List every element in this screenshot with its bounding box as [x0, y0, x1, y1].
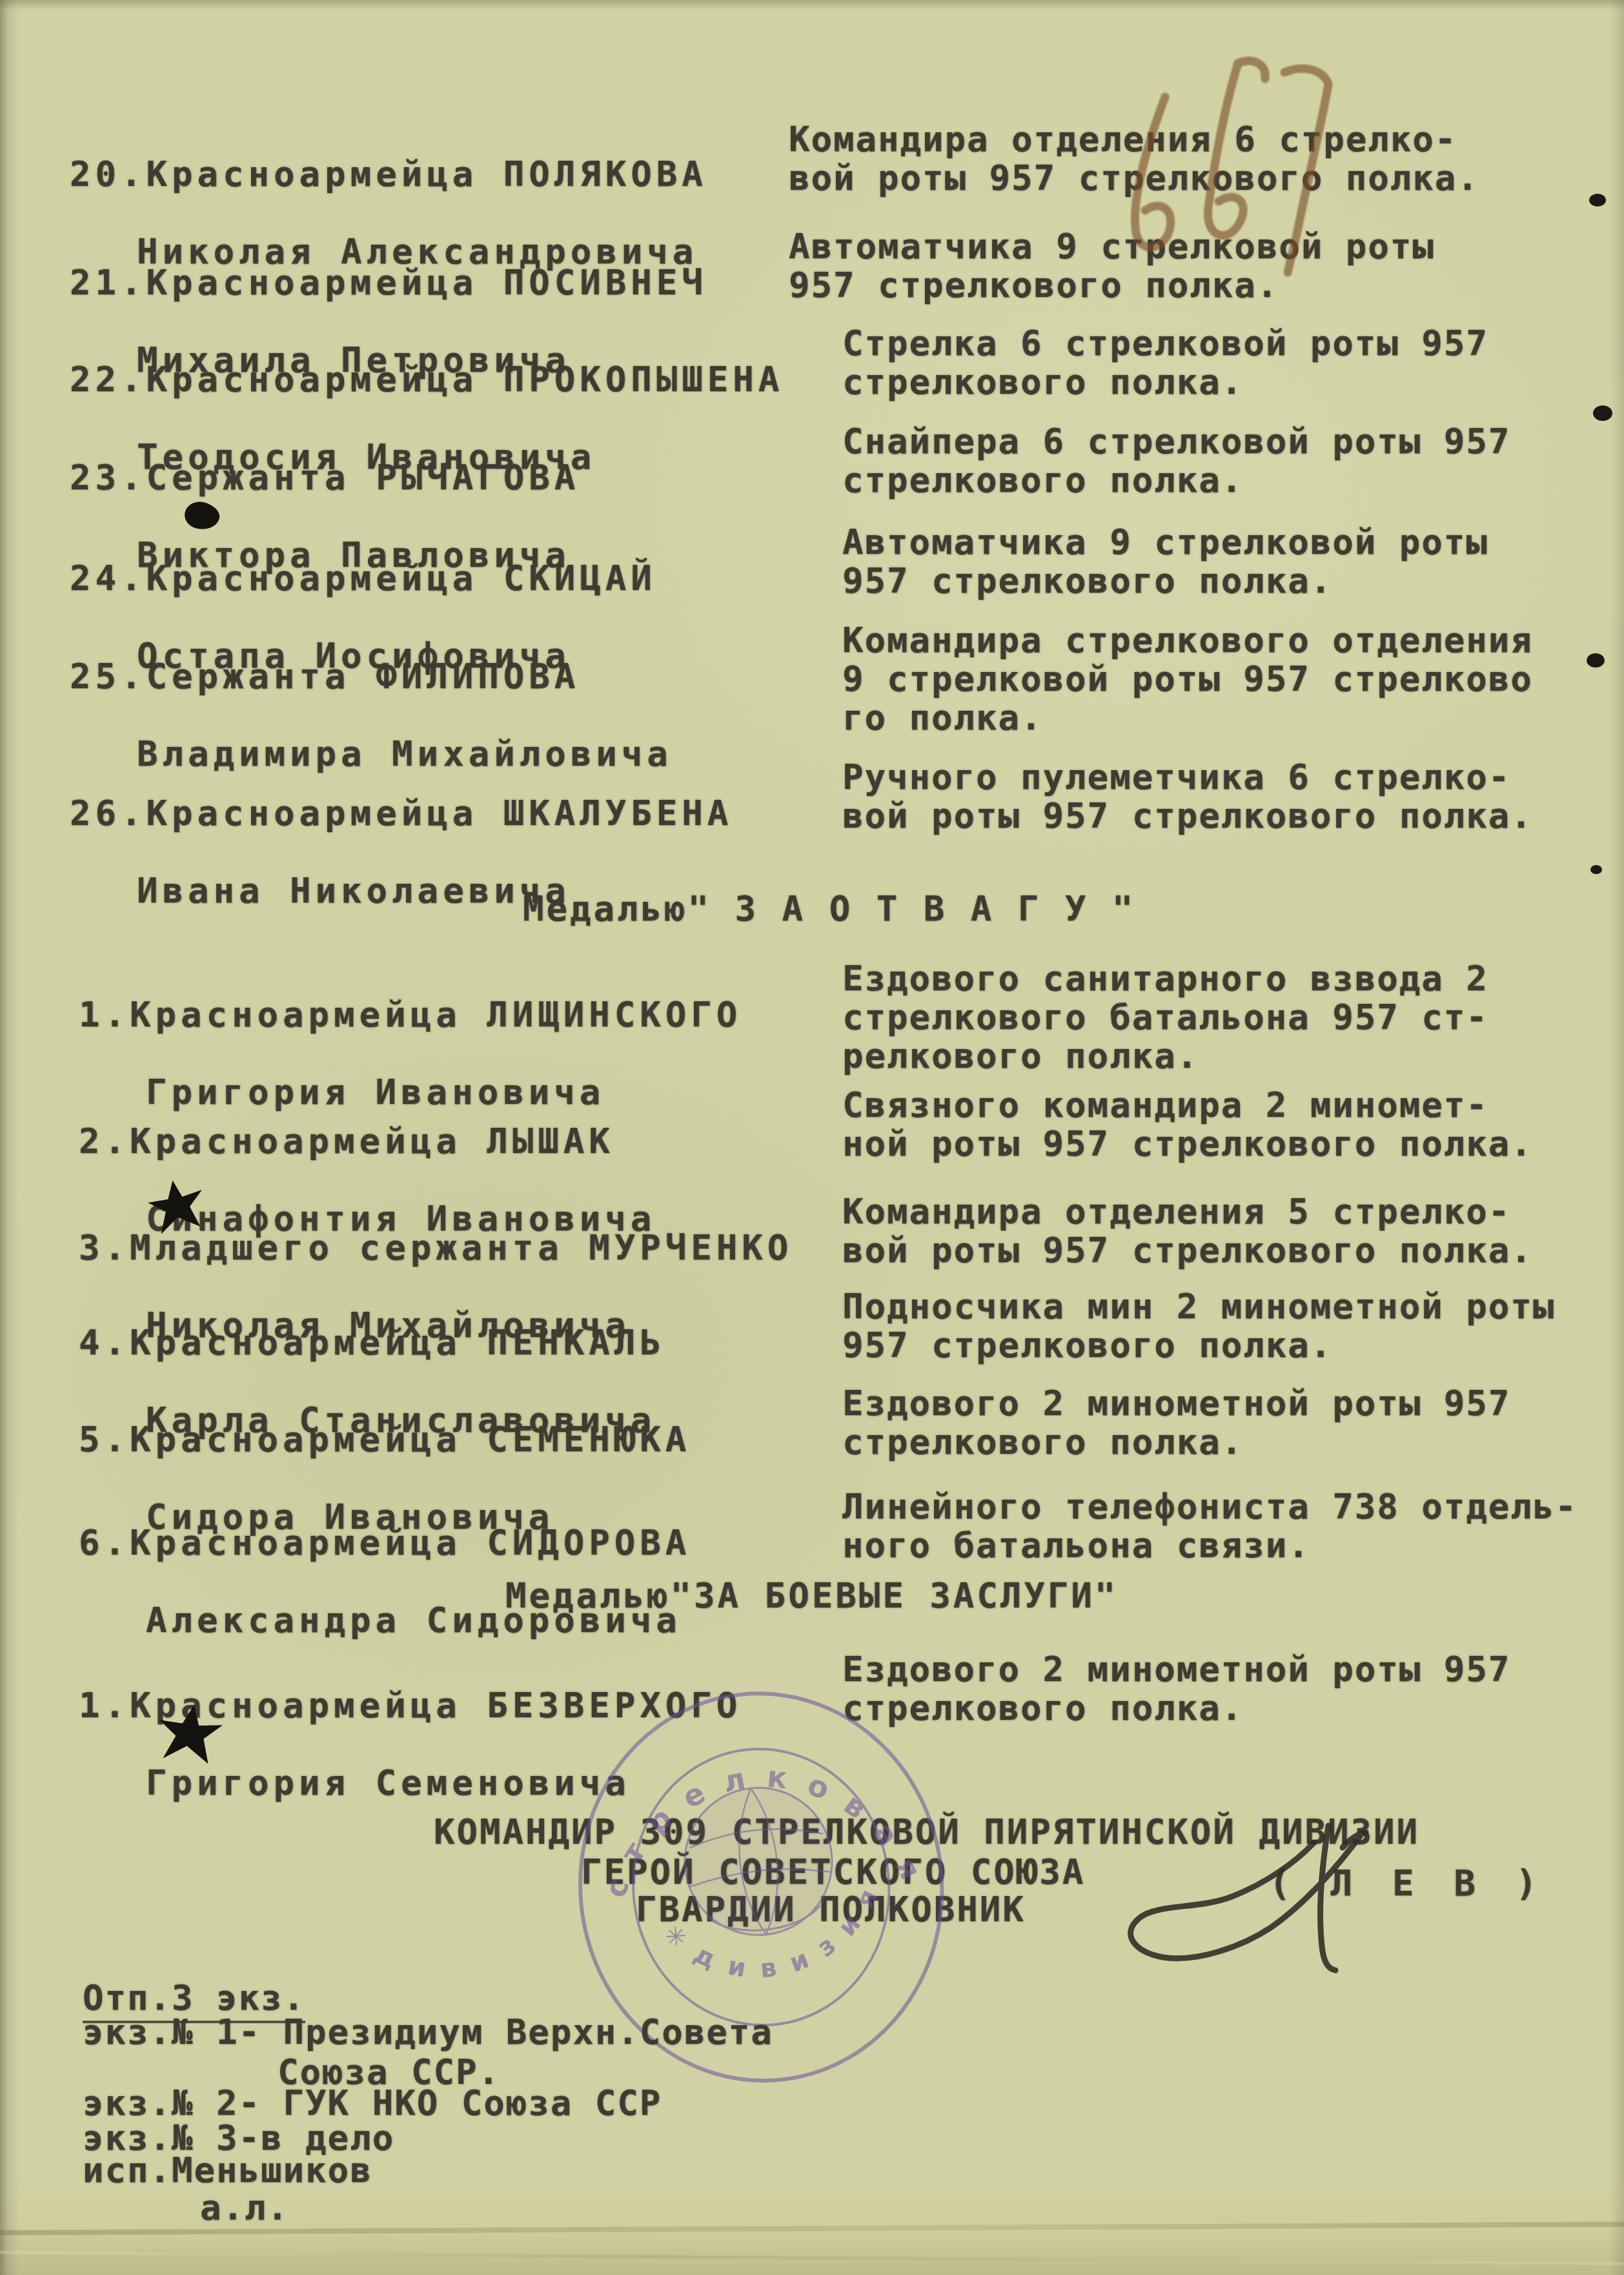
soldier-name-line: 26.Красноармейца ШКАЛУБЕНА [70, 794, 733, 833]
duty-description: Командира отделения 5 стрелко- вой роты … [842, 1192, 1533, 1270]
edge-speck [1590, 865, 1602, 874]
document-page: 20.Красноармейца ПОЛЯКОВА Николая Алекса… [0, 0, 1624, 2275]
soldier-name-line: 3.Младшего сержанта МУРЧЕНКО [79, 1229, 793, 1267]
soldier-name-line: 20.Красноармейца ПОЛЯКОВА [70, 155, 707, 194]
handwritten-page-number [1091, 39, 1388, 252]
typist-initials: а.л. [200, 2188, 289, 2227]
unit-round-stamp: с т р е л к о в а я ✳ д и в и з и я ✳ [547, 1658, 990, 2124]
duty-description: Автоматчика 9 стрелковой роты 957 стрелк… [842, 523, 1488, 600]
copy1-line: экз.№ 1- Президиум Верхн.Совета [83, 2013, 773, 2052]
medal-otvaga-header: Медалью" З А О Т В А Г У " [523, 890, 1135, 928]
duty-description: Связного командира 2 миномет- ной роты 9… [842, 1086, 1533, 1163]
soldier-name-line: 5.Красноармейца СЕМЕНЮКА [79, 1420, 691, 1459]
duty-description: Линейного телефониста 738 отдель- ного б… [842, 1487, 1578, 1565]
soldier-name-line: 21.Красноармейца ПОСИВНЕЧ [70, 263, 707, 302]
commander-signature [1059, 1808, 1420, 2001]
soldier-name-line: 22.Красноармейца ПРОКОПЫШЕНА [70, 360, 784, 399]
soldier-name-line: 2.Красноармейца ЛЫШАК [79, 1122, 656, 1161]
soldier-name-line: 4.Красноармейца ПЕНКАЛЬ [79, 1323, 665, 1362]
soldier-name-line: 1.Красноармейца ЛИЩИНСКОГО [79, 995, 742, 1034]
copy2-line: экз.№ 2- ГУК НКО Союза ССР [83, 2084, 662, 2123]
medal-zasluga-header: Медалью"ЗА БОЕВЫЕ ЗАСЛУГИ" [505, 1576, 1118, 1615]
edge-speck [1589, 194, 1606, 207]
soldier-name-line: 6.Красноармейца СИДОРОВА [79, 1524, 691, 1562]
duty-description: Командира стрелкового отделения 9 стрелк… [842, 621, 1533, 737]
duty-description: Ручного пулеметчика 6 стрелко- вой роты … [842, 758, 1533, 835]
edge-speck [1587, 653, 1605, 668]
duty-description: Ездового 2 минометной роты 957 стрелково… [842, 1384, 1510, 1462]
paper-crease [0, 2250, 1624, 2265]
executor-line: исп.Меньшиков [83, 2151, 372, 2190]
duty-description: Стрелка 6 стрелковой роты 957 стрелковог… [842, 324, 1488, 402]
edge-speck [1593, 405, 1612, 421]
soldier-name-line: 23.Сержанта РЫЧАГОВА [70, 458, 580, 497]
duty-description: Снайпера 6 стрелковой роты 957 стрелково… [842, 422, 1510, 500]
duty-description: Подносчика мин 2 минометной роты 957 стр… [842, 1287, 1555, 1365]
soldier-name-line: 25.Сержанта ФИЛИПОВА [70, 657, 673, 696]
soldier-name-line: 24.Красноармейца СКИЦАЙ [70, 559, 656, 598]
duty-description: Ездового санитарного взвода 2 стрелковог… [842, 959, 1488, 1076]
